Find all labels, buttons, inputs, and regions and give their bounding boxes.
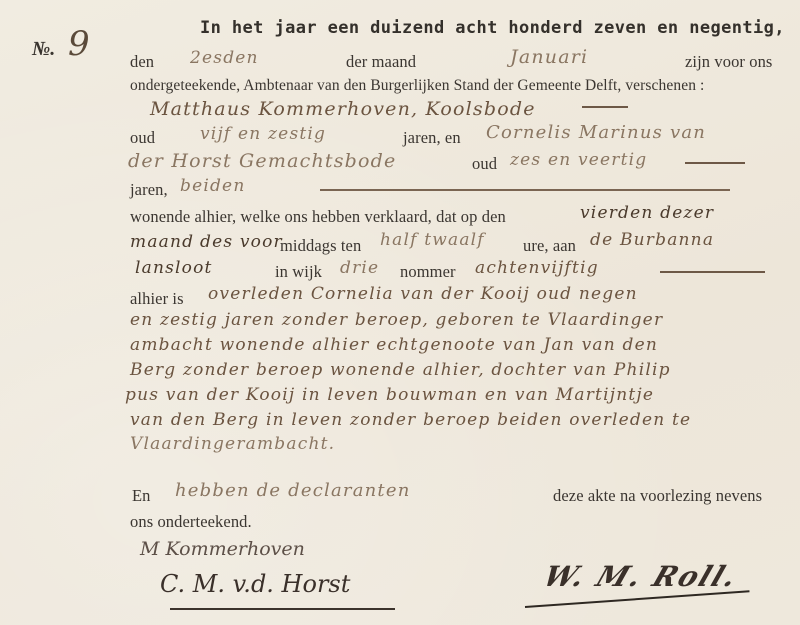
record-number-value: 9 xyxy=(68,24,90,64)
hw-body-5: pus van der Kooij in leven bouwman en va… xyxy=(125,385,654,405)
label-der-maand: der maand xyxy=(346,52,416,72)
label-middags-ten: middags ten xyxy=(280,236,361,256)
hw-body-4: Berg zonder beroep wonende alhier, docht… xyxy=(130,360,671,380)
hw-closing: hebben de declaranten xyxy=(175,480,411,501)
hw-body-1: overleden Cornelia van der Kooij oud neg… xyxy=(208,284,638,304)
hw-des-voor: des voor xyxy=(200,232,283,252)
hw-day-death: vierden dezer xyxy=(580,203,714,223)
hw-age-1: vijf en zestig xyxy=(200,124,326,144)
label-jaren-en: jaren, en xyxy=(403,128,461,148)
hw-street-b: lansloot xyxy=(135,258,213,278)
filler-line xyxy=(582,106,628,108)
hw-body-6: van den Berg in leven zonder beroep beid… xyxy=(130,410,691,430)
label-oud-2: oud xyxy=(472,154,497,174)
label-ons-onderteekend: ons onderteekend. xyxy=(130,512,252,532)
label-alhier-is: alhier is xyxy=(130,289,184,309)
label-ure-aan: ure, aan xyxy=(523,236,576,256)
label-wonende: wonende alhier, welke ons hebben verklaa… xyxy=(130,207,506,227)
hw-house-number: achtenvijftig xyxy=(475,258,599,278)
filler-line xyxy=(660,271,765,273)
hw-body-3: ambacht wonende alhier echtgenoote van J… xyxy=(130,335,658,355)
filler-line xyxy=(320,189,730,191)
hw-relation: beiden xyxy=(180,176,245,196)
signature-2: C. M. v.d. Horst xyxy=(160,570,350,598)
signature-underline xyxy=(170,608,395,610)
hw-age-2: zes en veertig xyxy=(510,150,647,170)
hw-month: Januari xyxy=(510,46,588,68)
hw-day: 2esden xyxy=(190,48,259,68)
hw-wijk: drie xyxy=(340,258,379,278)
hw-declarant-2a: Cornelis Marinus van xyxy=(486,122,706,143)
hw-declarant-1: Matthaus Kommerhoven, Koolsbode xyxy=(150,98,536,120)
label-ondergeteekende: ondergeteekende, Ambtenaar van den Burge… xyxy=(130,77,704,95)
label-en: En xyxy=(132,486,151,506)
label-deze-akte: deze akte na voorlezing nevens xyxy=(553,486,762,506)
label-den: den xyxy=(130,52,154,72)
hw-maand: maand xyxy=(130,232,194,252)
label-nommer: nommer xyxy=(400,262,456,282)
hw-time: half twaalf xyxy=(380,230,485,250)
hw-body-7: Vlaardingerambacht. xyxy=(130,434,335,454)
signature-1: M Kommerhoven xyxy=(140,538,305,560)
label-in-wijk: in wijk xyxy=(275,262,322,282)
filler-line xyxy=(685,162,745,164)
label-jaren: jaren, xyxy=(130,180,168,200)
hw-body-2: en zestig jaren zonder beroep, geboren t… xyxy=(130,310,663,330)
signature-3: W. M. Roll. xyxy=(539,560,743,593)
record-number-label: №. xyxy=(32,38,55,61)
hw-street-a: de Burbanna xyxy=(590,230,714,250)
label-zijn-voor-ons: zijn voor ons xyxy=(685,52,772,72)
document-title: In het jaar een duizend acht honderd zev… xyxy=(200,18,785,38)
label-oud-1: oud xyxy=(130,128,155,148)
hw-declarant-2b: der Horst Gemachtsbode xyxy=(128,150,396,172)
